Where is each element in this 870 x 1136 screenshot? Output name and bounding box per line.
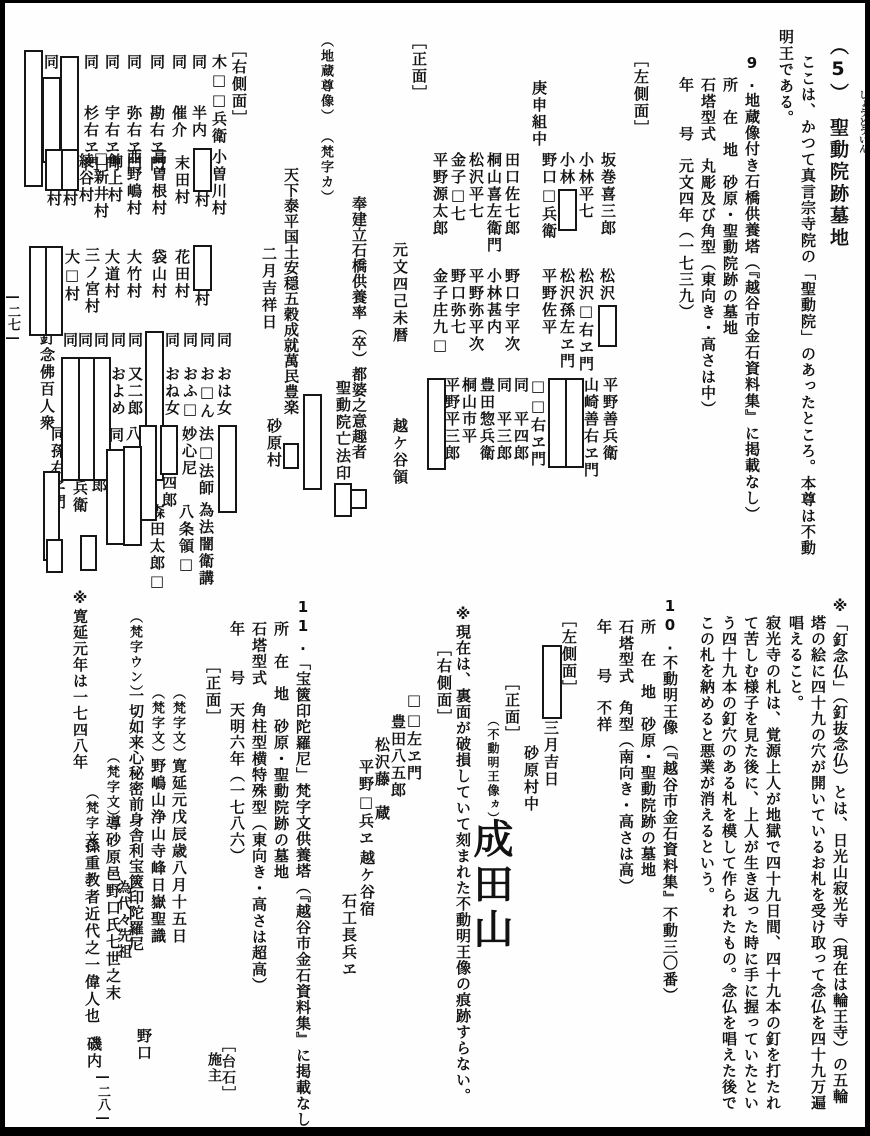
donor-name: □□左ヱ門 [406, 691, 421, 782]
year-field: 年 号 不祥 [596, 619, 611, 732]
note-line: 塔の絵に四十九の穴が開いているお札を受け取って念仏を四十九万遍 [810, 615, 825, 1111]
stonemason-name: 石工長兵ヱ [341, 893, 356, 978]
entry-11-title: 11.「宝篋印陀羅尼」梵字文供養塔（『越谷市金石資料集』に掲載なし） [295, 598, 310, 1136]
donor-name: 平野□兵ヱ [358, 759, 373, 847]
post-town-name: 越ケ谷宿 [359, 850, 374, 918]
inscription-line: 導砂原邑野口氏七世之末 [105, 815, 120, 1002]
statue-note: （不動明王像ヵ） [487, 714, 499, 826]
year-field: 年 号 天明六年（一七八六） [229, 621, 244, 864]
donor-name: 松沢藤 蔵 [374, 737, 389, 822]
note-line: ※寛延元年は一七四八年 [72, 589, 87, 770]
page-number: ―二八― [96, 1070, 109, 1126]
sanskrit-note: （梵字文） [171, 686, 184, 761]
location-field: 所 在 地 砂原・聖動院跡の墓地 [273, 621, 288, 880]
damage-note: ※現在は、裏面が破損していて刻まれた不動明王像の痕跡すらない。 [455, 605, 470, 1104]
sanskrit-note: （梵字文） [150, 686, 163, 761]
note-line: 寂光寺の札は、覚源上人が地獄で四十九日間、四十九本の釘を打たれ [765, 615, 780, 1111]
stone-type-field: 石塔型式 角柱型横特殊型（東向き・高さは超高） [251, 621, 266, 994]
naritasan-large: 成田山 [470, 818, 510, 953]
note-line: う四十九本の釘穴のある札を模して作られたもの。念仏を唱えた後で [721, 615, 736, 1111]
base-stone-label: ［台石］ [221, 1038, 235, 1102]
page-128: ※「釘念仏」（釘抜念仏）とは、日光山寂光寺（現在は輪王寺）の五輪塔の絵に四十九の… [0, 0, 870, 1136]
note-line: て苦しむ様子を見た後に、上人が生き返った時に手に握っていたとい [743, 615, 758, 1111]
note-line: この札を納めると悪業が消えるという。 [699, 615, 714, 903]
blank-name-box [542, 645, 562, 719]
right-face-label: ［右側面］ [436, 641, 451, 726]
front-face-label: ［正面］ [504, 675, 519, 743]
scan-sheet: （5） 聖動院跡墓地しょうどういんここは、かつて真言宗寺院の「聖動院」のあったと… [0, 0, 870, 1136]
sanskrit-note: （梵字ウン） [128, 610, 141, 700]
donor-label: 施主 [207, 1052, 221, 1084]
note-line: ※「釘念仏」（釘抜念仏）とは、日光山寂光寺（現在は輪王寺）の五輪 [832, 597, 847, 1105]
donor-name: 豊田八五郎 [390, 714, 405, 799]
entry-10-title: 10.不動明王像（『越谷市金石資料集』不動三〇番） [662, 597, 677, 1004]
village-group: 砂原村中 [523, 745, 538, 813]
location-field: 所 在 地 砂原・聖動院跡の墓地 [640, 619, 655, 878]
sanskrit-note: （梵字文） [105, 750, 118, 825]
inscription-line: 野嶋山浄山寺峰日嶽聖識 [150, 758, 165, 945]
inscription-line: 寛延元戊辰歳八月十五日 [171, 758, 186, 945]
left-face-label: ［左側面］ [561, 612, 576, 697]
donor-name: 野口 [136, 1028, 151, 1062]
donor-name: 磯内 [86, 1036, 101, 1070]
front-face-label: ［正面］ [205, 658, 220, 726]
inscription-line: 孫重教者近代之一偉人也 [84, 838, 99, 1025]
stone-type-field: 石塔型式 角型（南向き・高さは高） [618, 619, 633, 894]
date-inscription: 三月吉日 [543, 720, 558, 788]
note-line: 唱えること。 [788, 615, 803, 711]
